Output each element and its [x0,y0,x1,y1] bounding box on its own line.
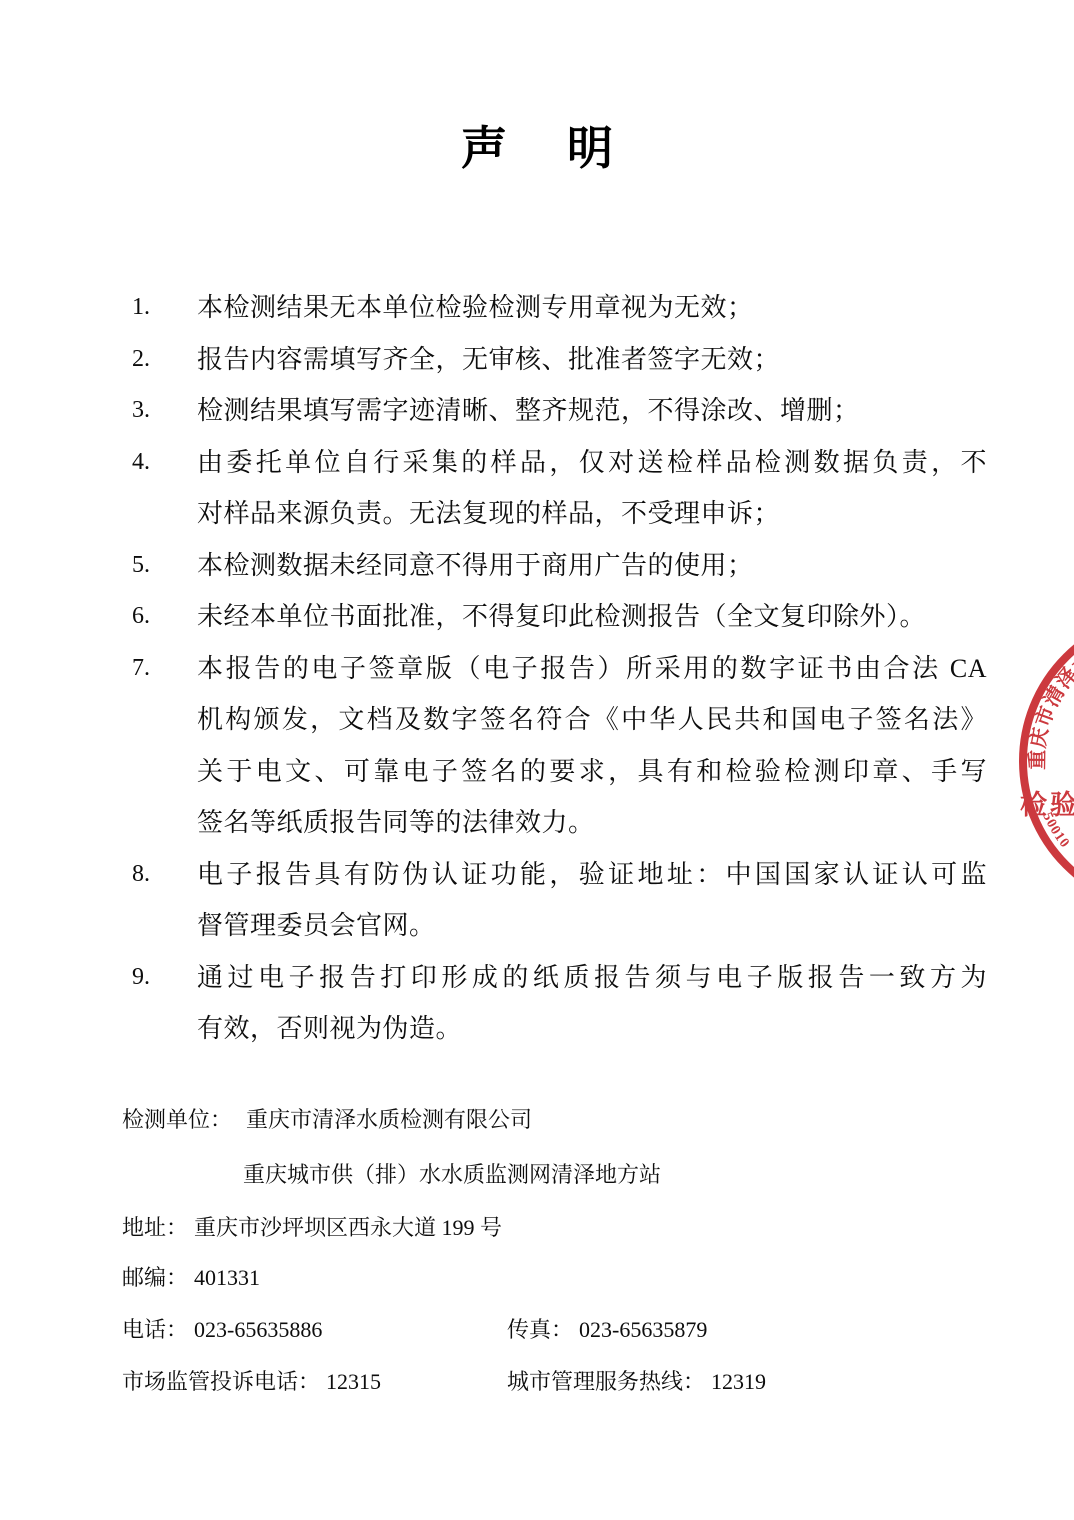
item-number: 3. [132,385,197,437]
list-item: 3. 检测结果填写需字迹清晰、整齐规范，不得涂改、增删； [132,385,992,437]
address-label: 地址： [122,1215,188,1240]
item-line: 报告内容需填写齐全，无审核、批准者签字无效； [197,334,987,386]
stamp-arc-text: 重庆市清泽水质检测有限公司 [1025,616,1074,770]
item-number: 7. [132,643,197,695]
item-line: 机构颁发，文档及数字签名符合《中华人民共和国电子签名法》 [197,694,987,746]
item-line: 本检测结果无本单位检验检测专用章视为无效； [197,282,987,334]
item-number: 9. [132,952,197,1004]
item-line: 有效，否则视为伪造。 [197,1003,987,1055]
postcode-value: 401331 [194,1265,260,1290]
phone-fax-row: 电话：023-65635886 传真：023-65635879 [122,1313,1022,1344]
postcode-label: 邮编： [122,1265,188,1290]
item-number: 4. [132,437,197,489]
item-line: 本检测数据未经同意不得用于商用广告的使用； [197,540,987,592]
item-number: 8. [132,849,197,901]
list-item: 8. 电子报告具有防伪认证功能，验证地址：中国国家认证认可监 督管理委员会官网。 [132,849,992,952]
declaration-list: 1. 本检测结果无本单位检验检测专用章视为无效； 2. 报告内容需填写齐全，无审… [132,282,992,1055]
item-number: 2. [132,334,197,386]
phone-label: 电话： [122,1317,188,1342]
testing-unit-label: 检测单位： [122,1107,232,1132]
item-line: 督管理委员会官网。 [197,900,987,952]
item-line: 未经本单位书面批准，不得复印此检测报告（全文复印除外）。 [197,591,987,643]
hotline-label: 城市管理服务热线： [507,1369,705,1394]
declaration-page: 声明 1. 本检测结果无本单位检验检测专用章视为无效； 2. 报告内容需填写齐全… [0,0,1074,1520]
list-item: 7. 本报告的电子签章版（电子报告）所采用的数字证书由合法 CA 机构颁发，文档… [132,643,992,849]
complaint-label: 市场监管投诉电话： [122,1369,320,1394]
address-row: 地址：重庆市沙坪坝区西永大道 199 号 [122,1211,502,1242]
testing-unit-name-2: 重庆城市供（排）水水质监测网清泽地方站 [243,1162,661,1187]
fax-col: 传真：023-65635879 [507,1313,707,1344]
item-line: 由委托单位自行采集的样品，仅对送检样品检测数据负责，不 [197,437,987,489]
hotline-col: 城市管理服务热线：12319 [507,1365,766,1396]
list-item: 9. 通过电子报告打印形成的纸质报告须与电子版报告一致方为 有效，否则视为伪造。 [132,952,992,1055]
fax-label: 传真： [507,1317,573,1342]
postcode-row: 邮编：401331 [122,1261,260,1292]
item-number: 5. [132,540,197,592]
item-line: 本报告的电子签章版（电子报告）所采用的数字证书由合法 CA [197,643,987,695]
official-stamp: 重庆市清泽水质检测有限公司 检验检测专用章 50010 [1012,600,1074,930]
item-line: 关于电文、可靠电子签名的要求，具有和检验检测印章、手写 [197,746,987,798]
item-number: 6. [132,591,197,643]
list-item: 6. 未经本单位书面批准，不得复印此检测报告（全文复印除外）。 [132,591,992,643]
item-number: 1. [132,282,197,334]
phone-value: 023-65635886 [194,1317,322,1342]
list-item: 2. 报告内容需填写齐全，无审核、批准者签字无效； [132,334,992,386]
list-item: 1. 本检测结果无本单位检验检测专用章视为无效； [132,282,992,334]
fax-value: 023-65635879 [579,1317,707,1342]
list-item: 4. 由委托单位自行采集的样品，仅对送检样品检测数据负责，不 对样品来源负责。无… [132,437,992,540]
item-line: 通过电子报告打印形成的纸质报告须与电子版报告一致方为 [197,952,987,1004]
address-value: 重庆市沙坪坝区西永大道 199 号 [194,1215,502,1240]
item-line: 检测结果填写需字迹清晰、整齐规范，不得涂改、增删； [197,385,987,437]
testing-unit-row-2: 重庆城市供（排）水水质监测网清泽地方站 [243,1158,661,1189]
hotline-row: 市场监管投诉电话：12315 城市管理服务热线：12319 [122,1365,1022,1396]
testing-unit-name: 重庆市清泽水质检测有限公司 [246,1107,532,1132]
item-line: 对样品来源负责。无法复现的样品，不受理申诉； [197,488,987,540]
complaint-value: 12315 [326,1369,381,1394]
list-item: 5. 本检测数据未经同意不得用于商用广告的使用； [132,540,992,592]
page-title: 声明 [0,122,1074,175]
hotline-value: 12319 [711,1369,766,1394]
item-line: 签名等纸质报告同等的法律效力。 [197,797,987,849]
item-line: 电子报告具有防伪认证功能，验证地址：中国国家认证认可监 [197,849,987,901]
testing-unit-row: 检测单位：重庆市清泽水质检测有限公司 [122,1103,532,1134]
